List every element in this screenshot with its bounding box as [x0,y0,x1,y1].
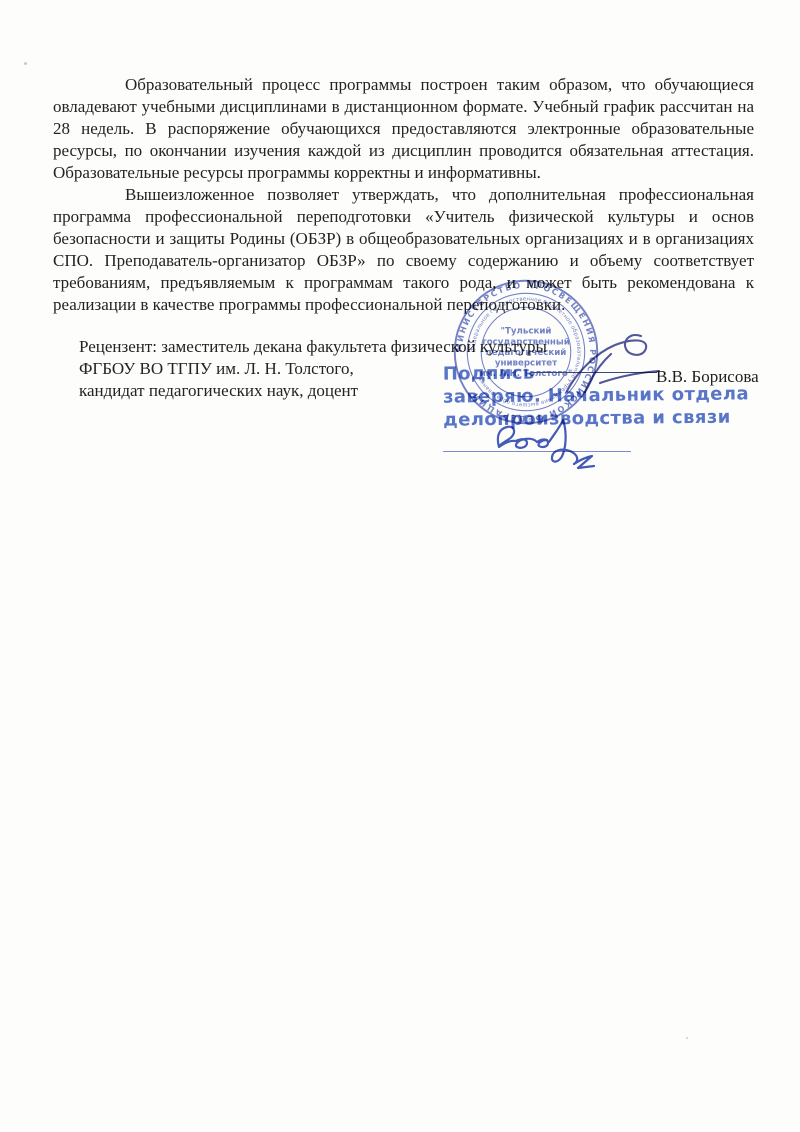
scanned-review-document-page: Образовательный процесс программы постро… [0,0,800,1132]
paragraph-conclusion: Вышеизложенное позволяет утверждать, что… [53,184,754,316]
scan-speck [24,62,27,65]
reviewer-signature-name: В.В. Борисова [656,367,759,387]
svg-text:"Тульский: "Тульский [500,327,551,337]
scan-speck [686,1037,688,1039]
reviewer-handwritten-signature [555,325,670,400]
clerk-handwritten-signature [488,415,603,475]
review-body-text: Образовательный процесс программы постро… [53,74,754,316]
paragraph-educational-process: Образовательный процесс программы постро… [53,74,754,184]
